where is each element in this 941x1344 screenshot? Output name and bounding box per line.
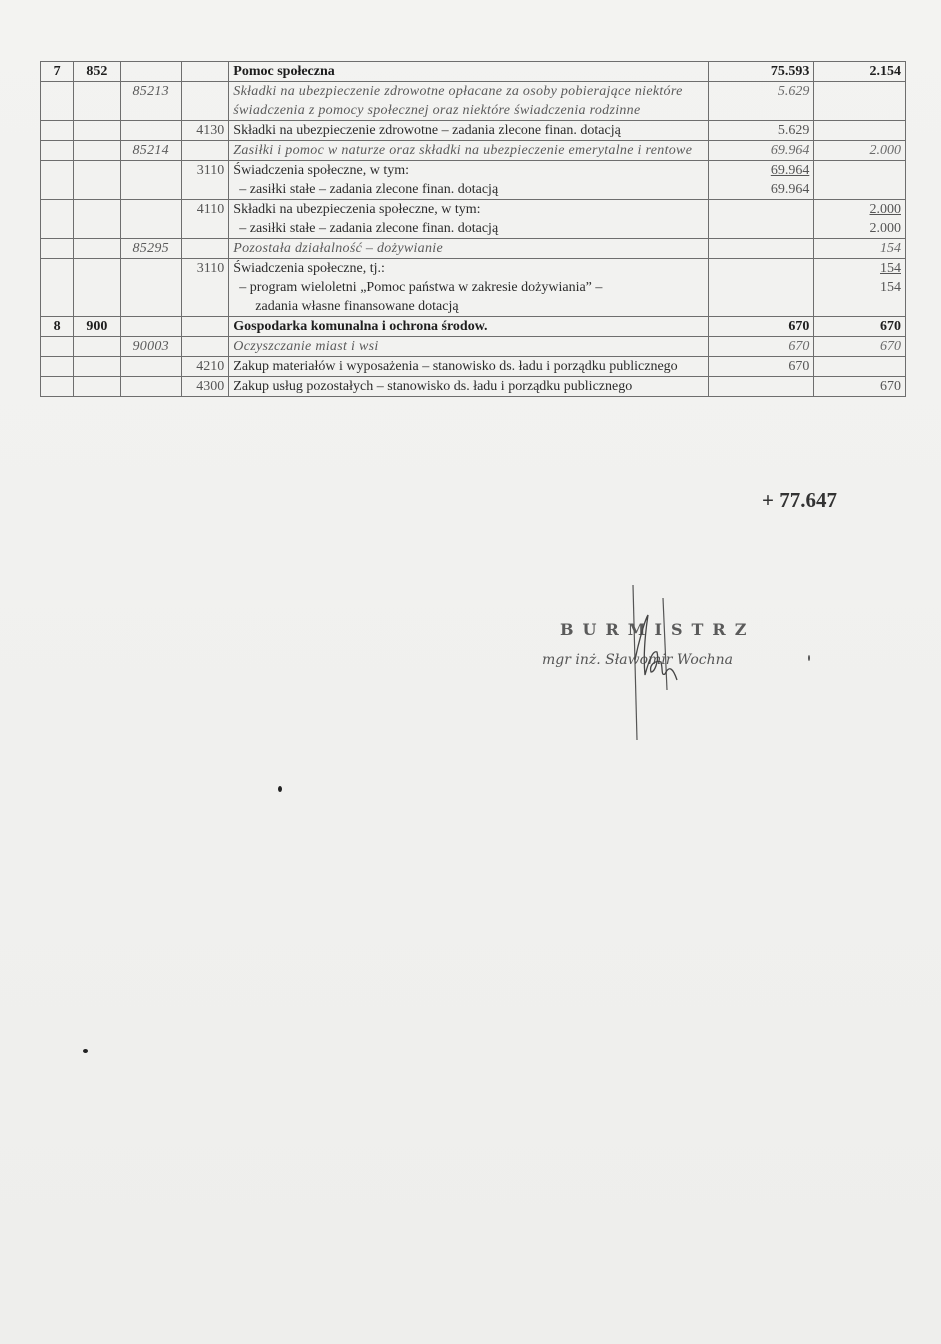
cell-name: Pozostała działalność – dożywianie bbox=[229, 239, 708, 259]
table-row: 4130Składki na ubezpieczenie zdrowotne –… bbox=[41, 121, 906, 141]
table-row: 8900Gospodarka komunalna i ochrona środo… bbox=[41, 317, 906, 337]
cell-increase: 154 bbox=[814, 239, 906, 259]
cell-dzial bbox=[74, 239, 120, 259]
cell-decrease bbox=[708, 377, 814, 397]
cell-paragraf: 3110 bbox=[181, 161, 228, 200]
document-page: 7852Pomoc społeczna75.5932.15485213Skład… bbox=[0, 0, 941, 1344]
table-row: 90003Oczyszczanie miast i wsi670670 bbox=[41, 337, 906, 357]
cell-increase bbox=[814, 121, 906, 141]
amount-value: 154 bbox=[818, 278, 901, 297]
cell-lp bbox=[41, 377, 74, 397]
cell-rozdzial bbox=[120, 161, 181, 200]
table-row: 7852Pomoc społeczna75.5932.154 bbox=[41, 62, 906, 82]
budget-table: 7852Pomoc społeczna75.5932.15485213Skład… bbox=[40, 61, 906, 397]
cell-increase: 2.000 bbox=[814, 141, 906, 161]
cell-decrease: 670 bbox=[708, 317, 814, 337]
cell-decrease: 670 bbox=[708, 337, 814, 357]
amount-value: 154 bbox=[818, 239, 901, 258]
amount-value: 2.000 bbox=[818, 200, 901, 219]
cell-name: Składki na ubezpieczenia społeczne, w ty… bbox=[229, 200, 708, 239]
name-line: zadania własne finansowane dotacją bbox=[233, 297, 703, 316]
amount-value: 5.629 bbox=[713, 82, 810, 101]
cell-decrease bbox=[708, 259, 814, 317]
name-line: – zasiłki stałe – zadania zlecone finan.… bbox=[233, 180, 703, 199]
name-line: Zasiłki i pomoc w naturze oraz składki n… bbox=[233, 141, 703, 160]
amount-value: 154 bbox=[818, 259, 901, 278]
cell-name: Zakup usług pozostałych – stanowisko ds.… bbox=[229, 377, 708, 397]
amount-value: 5.629 bbox=[713, 121, 810, 140]
cell-dzial bbox=[74, 141, 120, 161]
amount-value: 75.593 bbox=[713, 62, 810, 81]
cell-rozdzial: 85214 bbox=[120, 141, 181, 161]
cell-increase: 2.154 bbox=[814, 62, 906, 82]
cell-paragraf bbox=[181, 141, 228, 161]
cell-name: Świadczenia społeczne, w tym:– zasiłki s… bbox=[229, 161, 708, 200]
cell-name: Zakup materiałów i wyposażenia – stanowi… bbox=[229, 357, 708, 377]
cell-rozdzial: 90003 bbox=[120, 337, 181, 357]
cell-lp bbox=[41, 121, 74, 141]
name-line: Składki na ubezpieczenie zdrowotne opłac… bbox=[233, 82, 703, 120]
name-line: Świadczenia społeczne, w tym: bbox=[233, 161, 703, 180]
table-row: 85213Składki na ubezpieczenie zdrowotne … bbox=[41, 82, 906, 121]
amount-value: 2.000 bbox=[818, 141, 901, 160]
amount-value: 670 bbox=[818, 337, 901, 356]
cell-increase bbox=[814, 161, 906, 200]
name-line: Pozostała działalność – dożywianie bbox=[233, 239, 703, 258]
cell-decrease bbox=[708, 200, 814, 239]
amount-value: 2.154 bbox=[818, 62, 901, 81]
cell-increase: 154154 bbox=[814, 259, 906, 317]
cell-paragraf: 4300 bbox=[181, 377, 228, 397]
amount-value: 670 bbox=[818, 377, 901, 396]
cell-dzial bbox=[74, 82, 120, 121]
cell-rozdzial bbox=[120, 357, 181, 377]
cell-name: Zasiłki i pomoc w naturze oraz składki n… bbox=[229, 141, 708, 161]
cell-paragraf: 4110 bbox=[181, 200, 228, 239]
cell-paragraf bbox=[181, 317, 228, 337]
name-line: Gospodarka komunalna i ochrona środow. bbox=[233, 317, 703, 336]
cell-increase: 2.0002.000 bbox=[814, 200, 906, 239]
cell-paragraf: 4130 bbox=[181, 121, 228, 141]
cell-dzial: 900 bbox=[74, 317, 120, 337]
cell-dzial bbox=[74, 161, 120, 200]
cell-decrease: 670 bbox=[708, 357, 814, 377]
name-line: – program wieloletni „Pomoc państwa w za… bbox=[233, 278, 703, 297]
cell-rozdzial: 85213 bbox=[120, 82, 181, 121]
cell-lp bbox=[41, 337, 74, 357]
cell-dzial bbox=[74, 200, 120, 239]
cell-increase bbox=[814, 82, 906, 121]
cell-increase: 670 bbox=[814, 337, 906, 357]
amount-value: 670 bbox=[713, 317, 810, 336]
amount-value: 670 bbox=[713, 337, 810, 356]
cell-lp bbox=[41, 357, 74, 377]
cell-rozdzial bbox=[120, 317, 181, 337]
cell-lp bbox=[41, 239, 74, 259]
cell-paragraf bbox=[181, 62, 228, 82]
cell-lp bbox=[41, 200, 74, 239]
cell-lp bbox=[41, 161, 74, 200]
name-line: Składki na ubezpieczenia społeczne, w ty… bbox=[233, 200, 703, 219]
name-line: Oczyszczanie miast i wsi bbox=[233, 337, 703, 356]
cell-increase: 670 bbox=[814, 377, 906, 397]
cell-paragraf: 4210 bbox=[181, 357, 228, 377]
cell-name: Składki na ubezpieczenie zdrowotne – zad… bbox=[229, 121, 708, 141]
cell-decrease: 69.964 bbox=[708, 141, 814, 161]
cell-dzial bbox=[74, 259, 120, 317]
table-row: 85295Pozostała działalność – dożywianie1… bbox=[41, 239, 906, 259]
cell-lp bbox=[41, 141, 74, 161]
budget-table-body: 7852Pomoc społeczna75.5932.15485213Skład… bbox=[41, 62, 906, 397]
cell-name: Świadczenia społeczne, tj.:– program wie… bbox=[229, 259, 708, 317]
cell-rozdzial bbox=[120, 200, 181, 239]
table-row: 85214Zasiłki i pomoc w naturze oraz skła… bbox=[41, 141, 906, 161]
table-row: 4110Składki na ubezpieczenia społeczne, … bbox=[41, 200, 906, 239]
scan-speck bbox=[808, 655, 810, 661]
cell-paragraf: 3110 bbox=[181, 259, 228, 317]
cell-name: Oczyszczanie miast i wsi bbox=[229, 337, 708, 357]
cell-decrease bbox=[708, 239, 814, 259]
total-change: + 77.647 bbox=[762, 488, 837, 513]
cell-lp bbox=[41, 82, 74, 121]
name-line: Zakup materiałów i wyposażenia – stanowi… bbox=[233, 357, 703, 376]
cell-rozdzial: 85295 bbox=[120, 239, 181, 259]
amount-value: 670 bbox=[713, 357, 810, 376]
cell-paragraf bbox=[181, 239, 228, 259]
cell-rozdzial bbox=[120, 121, 181, 141]
name-line: Pomoc społeczna bbox=[233, 62, 703, 81]
table-row: 3110Świadczenia społeczne, w tym:– zasił… bbox=[41, 161, 906, 200]
table-row: 4300Zakup usług pozostałych – stanowisko… bbox=[41, 377, 906, 397]
cell-rozdzial bbox=[120, 62, 181, 82]
amount-value: 69.964 bbox=[713, 161, 810, 180]
cell-rozdzial bbox=[120, 377, 181, 397]
cell-lp: 7 bbox=[41, 62, 74, 82]
cell-increase: 670 bbox=[814, 317, 906, 337]
amount-value: 670 bbox=[818, 317, 901, 336]
cell-dzial: 852 bbox=[74, 62, 120, 82]
table-row: 4210Zakup materiałów i wyposażenia – sta… bbox=[41, 357, 906, 377]
cell-dzial bbox=[74, 337, 120, 357]
cell-name: Pomoc społeczna bbox=[229, 62, 708, 82]
cell-rozdzial bbox=[120, 259, 181, 317]
scan-speck bbox=[83, 1049, 88, 1053]
amount-value: 2.000 bbox=[818, 219, 901, 238]
cell-increase bbox=[814, 357, 906, 377]
amount-value: 69.964 bbox=[713, 180, 810, 199]
name-line: Zakup usług pozostałych – stanowisko ds.… bbox=[233, 377, 703, 396]
handwritten-signature-icon bbox=[615, 580, 695, 740]
cell-decrease: 69.96469.964 bbox=[708, 161, 814, 200]
cell-dzial bbox=[74, 121, 120, 141]
cell-dzial bbox=[74, 357, 120, 377]
name-line: Świadczenia społeczne, tj.: bbox=[233, 259, 703, 278]
cell-lp: 8 bbox=[41, 317, 74, 337]
amount-value: 69.964 bbox=[713, 141, 810, 160]
name-line: Składki na ubezpieczenie zdrowotne – zad… bbox=[233, 121, 703, 140]
cell-decrease: 5.629 bbox=[708, 82, 814, 121]
cell-name: Gospodarka komunalna i ochrona środow. bbox=[229, 317, 708, 337]
cell-lp bbox=[41, 259, 74, 317]
cell-decrease: 5.629 bbox=[708, 121, 814, 141]
cell-decrease: 75.593 bbox=[708, 62, 814, 82]
cell-dzial bbox=[74, 377, 120, 397]
cell-paragraf bbox=[181, 337, 228, 357]
name-line: – zasiłki stałe – zadania zlecone finan.… bbox=[233, 219, 703, 238]
cell-paragraf bbox=[181, 82, 228, 121]
cell-name: Składki na ubezpieczenie zdrowotne opłac… bbox=[229, 82, 708, 121]
scan-speck bbox=[278, 786, 282, 792]
table-row: 3110Świadczenia społeczne, tj.:– program… bbox=[41, 259, 906, 317]
